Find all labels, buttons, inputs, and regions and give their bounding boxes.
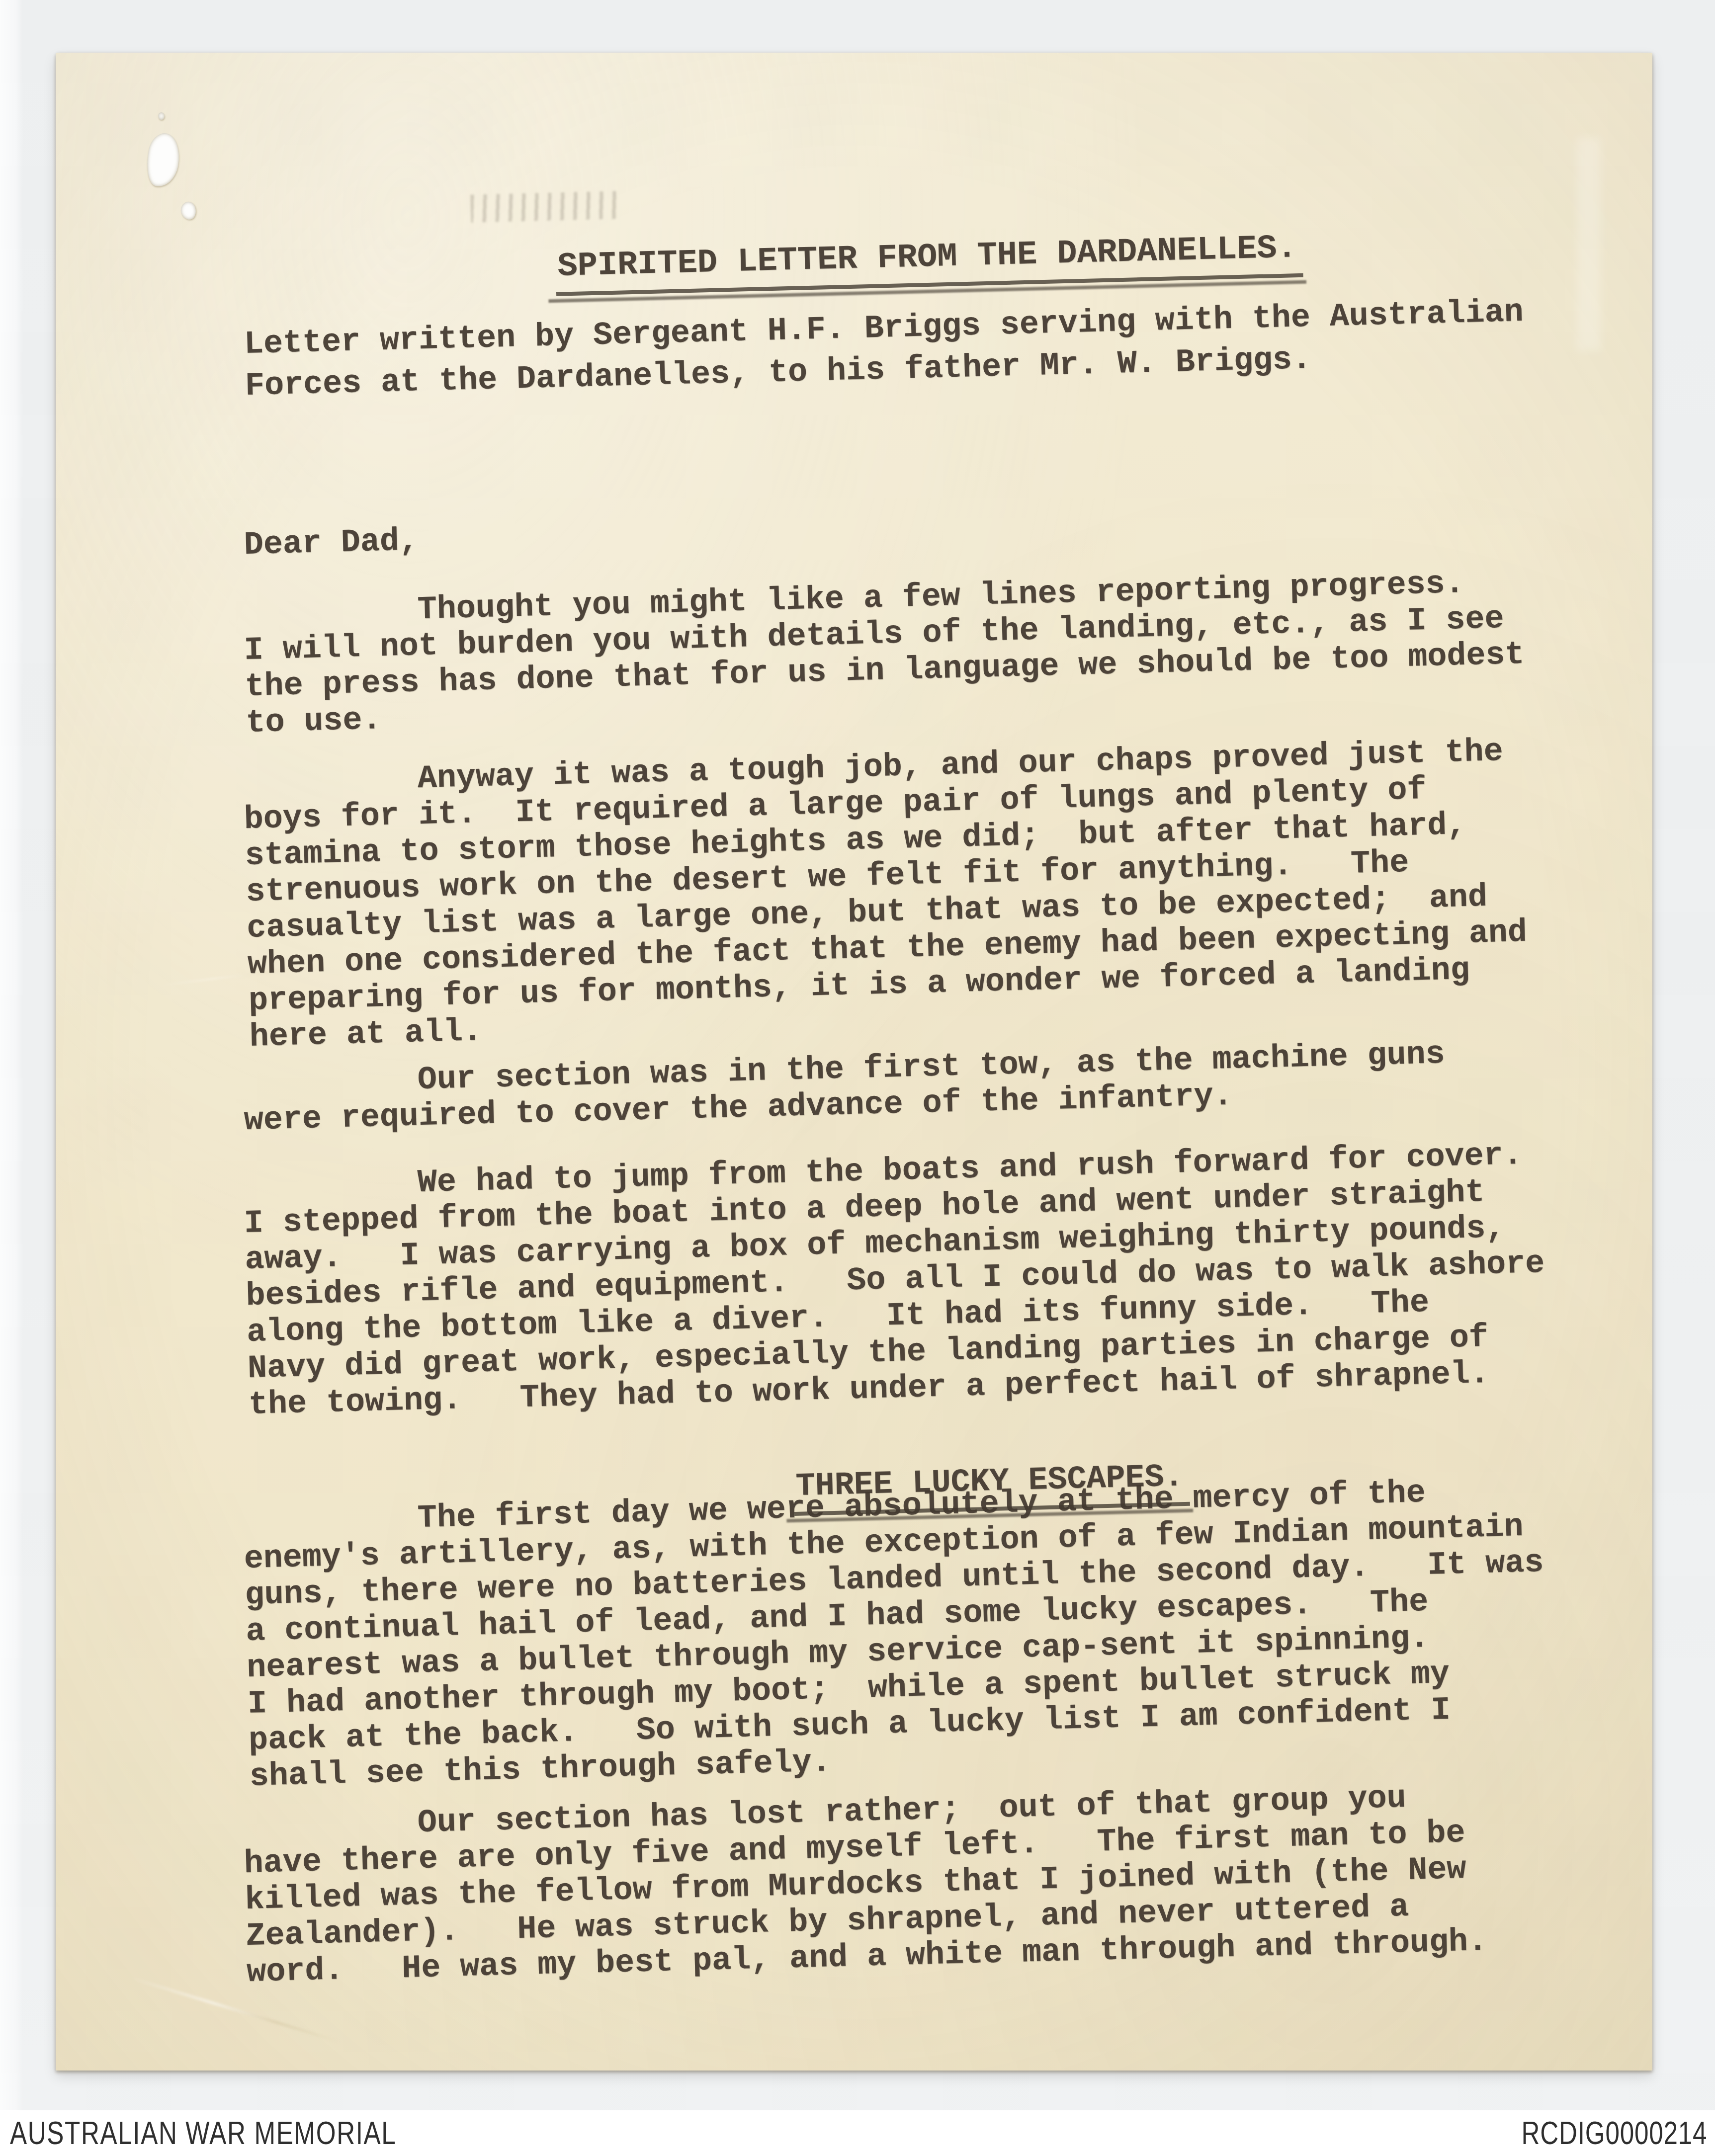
footer-archive-name: AUSTRALIAN WAR MEMORIAL bbox=[10, 2115, 396, 2152]
letter-paragraph-3: Our section was in the first tow, as the… bbox=[243, 1036, 1446, 1139]
letter-paragraph-6: Our section has lost rather; out of that… bbox=[243, 1778, 1488, 1991]
paper-hole-small bbox=[179, 200, 198, 221]
footer-archive-id: RCDIG0000214 bbox=[1521, 2115, 1707, 2152]
paper-hole-speck bbox=[158, 112, 165, 120]
footer-bar: AUSTRALIAN WAR MEMORIAL RCDIG0000214 bbox=[0, 2110, 1715, 2156]
scanner-edge-strip bbox=[0, 0, 23, 2110]
letter-title-text: SPIRITED LETTER FROM THE DARDANELLES. bbox=[555, 230, 1304, 296]
letter-paragraph-2: Anyway it was a tough job, and our chaps… bbox=[243, 733, 1529, 1056]
letter-salutation: Dear Dad, bbox=[244, 523, 419, 564]
scan-background: { "letter": { "title": "SPIRITED LETTER … bbox=[0, 0, 1715, 2156]
paper-hole-large bbox=[143, 131, 183, 189]
paper-light-streak bbox=[1577, 137, 1601, 351]
letter-paragraph-5: The first day we were absolutely at the … bbox=[243, 1472, 1548, 1795]
letter-paper: SPIRITED LETTER FROM THE DARDANELLES. Le… bbox=[56, 53, 1652, 2071]
letter-paragraph-4: We had to jump from the boats and rush f… bbox=[243, 1137, 1548, 1423]
letter-paragraph-1: Thought you might like a few lines repor… bbox=[243, 564, 1526, 742]
letter-intro: Letter written by Sergeant H.F. Briggs s… bbox=[244, 291, 1525, 407]
